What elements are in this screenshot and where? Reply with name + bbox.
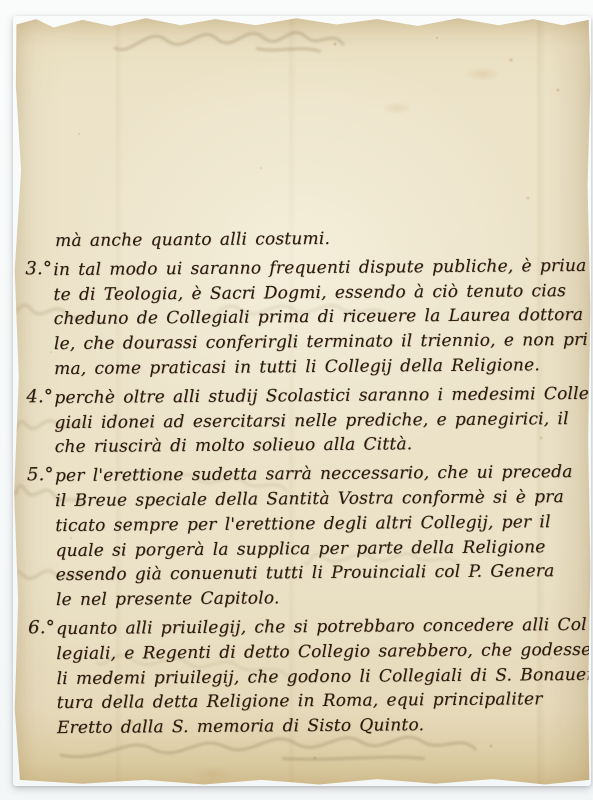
manuscript-line: Eretto dalla S. memoria di Sisto Quinto. [57,712,585,741]
line-text: per l'erettione sudetta sarrà neccessari… [55,462,573,486]
line-text: perchè oltre alli studij Scolastici sara… [54,384,589,408]
manuscript-item-6: 6.°quanto alli priuilegij, che si potreb… [56,613,585,741]
manuscript-item-4: 4.°perchè oltre alli studij Scolastici s… [54,382,583,461]
ink-bleed-through-top [108,20,349,67]
manuscript-line: 6.°quanto alli priuilegij, che si potreb… [56,613,584,642]
item-number: 4.° [26,385,53,410]
manuscript-text: mà anche quanto alli costumi. 3.°in tal … [53,225,585,741]
scanned-manuscript-screenshot: mà anche quanto alli costumi. 3.°in tal … [0,0,593,800]
manuscript-line: giali idonei ad esercitarsi nelle predic… [54,407,582,436]
paper-shadow: mà anche quanto alli costumi. 3.°in tal … [13,16,591,786]
manuscript-line: mà anche quanto alli costumi. [55,225,581,254]
manuscript-line: essendo già conuenuti tutti li Prouincia… [56,559,584,588]
manuscript-page: mà anche quanto alli costumi. 3.°in tal … [13,16,591,786]
manuscript-line: 3.°in tal modo ui saranno frequenti disp… [53,254,581,283]
manuscript-line: il Breue speciale della Santità Vostra c… [55,485,583,514]
line-text: in tal modo ui saranno frequenti dispute… [53,256,586,280]
line-text: quanto alli priuilegij, che si potrebbar… [56,615,587,639]
item-number: 5.° [27,463,54,488]
manuscript-item-5: 5.°per l'erettione sudetta sarrà neccess… [55,460,584,613]
manuscript-line: tura della detta Religione in Roma, equi… [57,687,585,716]
manuscript-line: legiali, e Regenti di detto Collegio sar… [56,638,584,667]
item-number: 6.° [28,616,55,641]
manuscript-line: le nel presente Capitolo. [56,584,584,613]
manuscript-line: 4.°perchè oltre alli studij Scolastici s… [54,382,582,411]
item-number: 3.° [25,257,52,282]
manuscript-line: che riuscirà di molto solieuo alla Città… [55,431,583,460]
manuscript-item-3: 3.°in tal modo ui saranno frequenti disp… [53,254,582,382]
manuscript-line: ma, come praticasi in tutti li Collegij … [54,353,582,382]
manuscript-line: ticato sempre per l'erettione degli altr… [55,510,583,539]
